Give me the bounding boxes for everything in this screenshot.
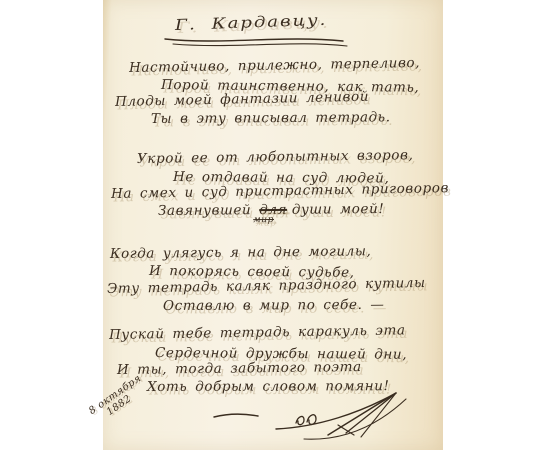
poem-line: Настойчиво, прилежно, терпеливо, [129,55,420,76]
poem-line: И ты, тогда забытого поэта [117,359,362,378]
poem-line: На смех и суд пристрастных приговоров [111,180,449,202]
poem-line: Оставлю в мир по себе. — [163,297,385,314]
manuscript-scan: Г. Кардавцу. Настойчиво, прилежно, терпе… [0,0,550,450]
poem-line: Когда улягусь я на дне могилы, [110,243,372,262]
date-inscription: 8 октября 1882 [87,373,150,426]
manuscript-page: Г. Кардавцу. Настойчиво, прилежно, терпе… [103,0,443,450]
title-underline-flourish-icon [161,34,351,50]
poem-line: Плоды моей фантазии ленивой [115,89,369,110]
line-text: души моей! [284,201,385,218]
poem-line-with-correction: Завянувшей длямир души моей! [158,201,385,219]
signature-flourish-icon [200,383,445,445]
poem-title: Г. Кардавцу. [175,11,328,34]
line-text: Завянувшей [158,202,259,219]
poem-line: Пускай тебе тетрадь каракуль эта [109,322,406,343]
struck-correction-word: мир [253,215,274,225]
poem-line: Ты в эту вписывал тетрадь. [151,109,391,127]
poem-line: Укрой ее от любопытных взоров, [137,147,414,167]
